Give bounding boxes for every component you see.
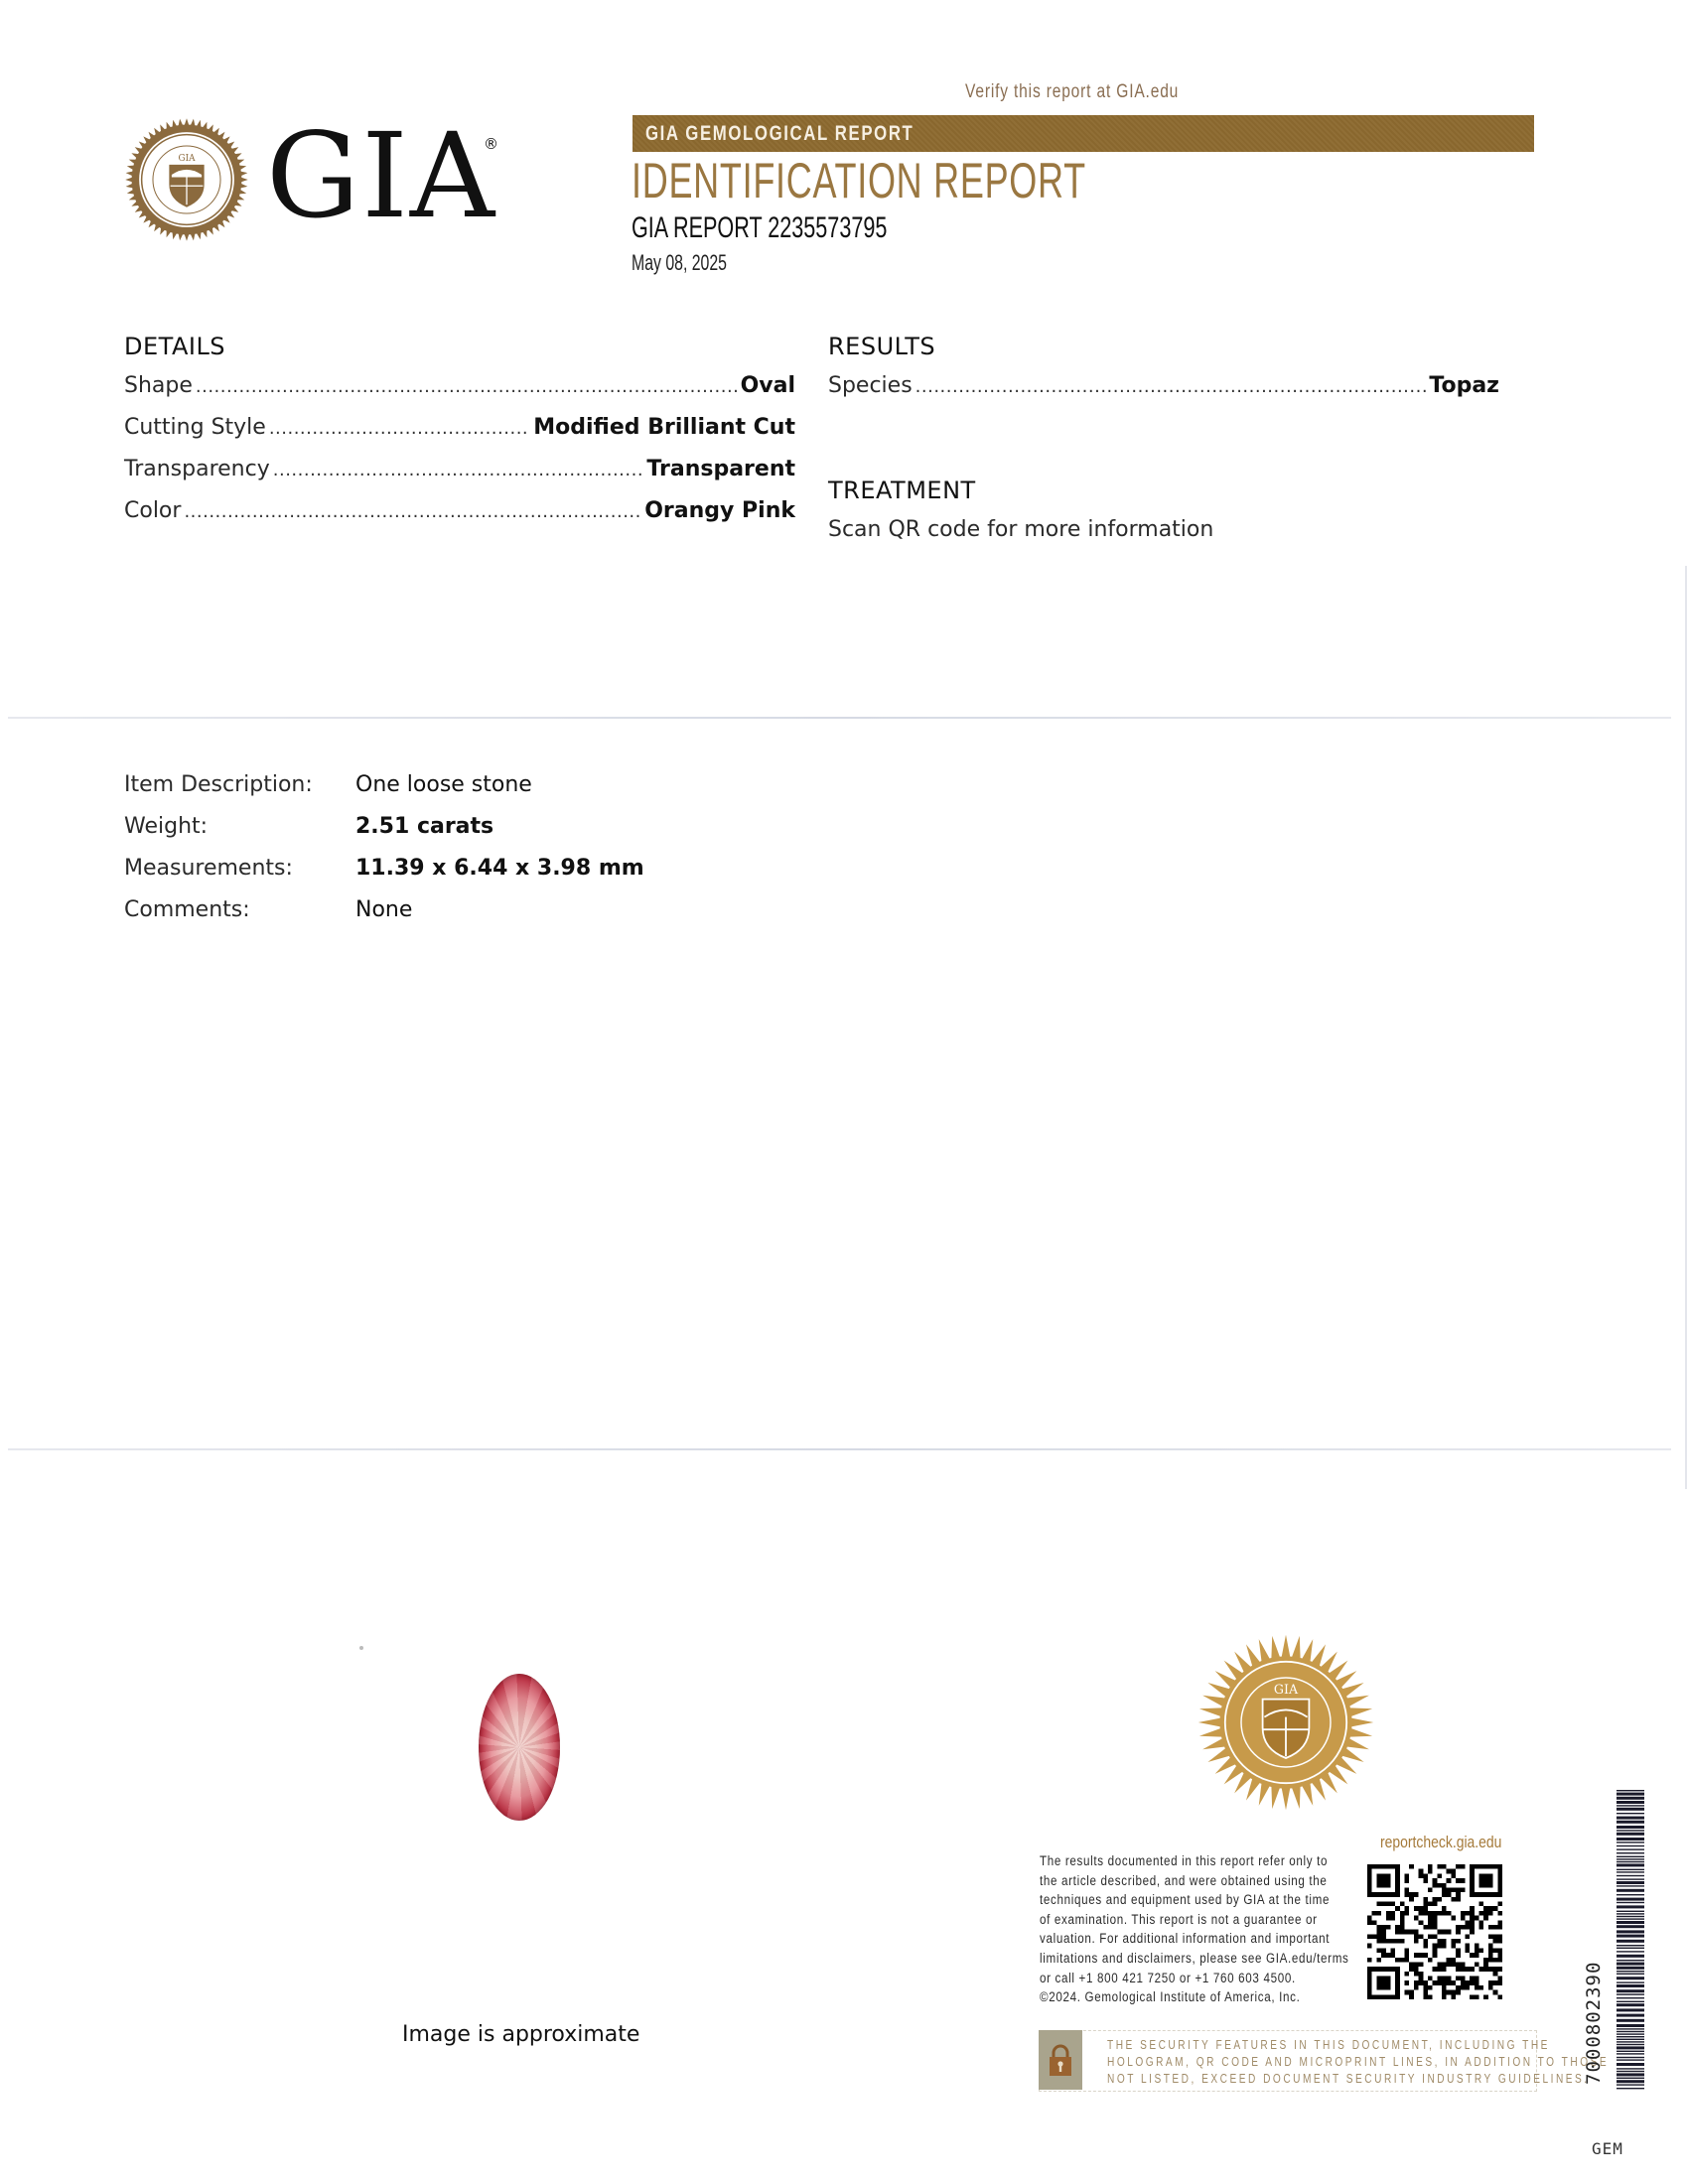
- leader-dots: [273, 460, 644, 480]
- item-value: One loose stone: [355, 772, 532, 797]
- row-value: Transparent: [646, 457, 795, 481]
- gia-seal-icon: GIA: [124, 117, 249, 242]
- disclaimer-text: The results documented in this report re…: [1040, 1852, 1357, 2008]
- disclaimer-line: limitations and disclaimers, please see …: [1040, 1950, 1300, 1970]
- disclaimer-line: or call +1 800 421 7250 or +1 760 603 45…: [1040, 1970, 1300, 1989]
- item-row-weight: Weight: 2.51 carats: [124, 814, 644, 856]
- details-row-transparency: Transparency Transparent: [124, 457, 795, 486]
- security-line: NOT LISTED, EXCEED DOCUMENT SECURITY IND…: [1107, 2070, 1448, 2087]
- treatment-section: TREATMENT Scan QR code for more informat…: [828, 477, 1499, 542]
- row-label: Color: [124, 498, 181, 523]
- treatment-text: Scan QR code for more information: [828, 517, 1499, 542]
- results-section: RESULTS Species Topaz: [828, 333, 1499, 403]
- qr-code-icon[interactable]: [1367, 1859, 1502, 2004]
- results-title: RESULTS: [828, 333, 1499, 360]
- reportcheck-link[interactable]: reportcheck.gia.edu: [1380, 1833, 1501, 1852]
- results-row-species: Species Topaz: [828, 373, 1499, 403]
- disclaimer-line: the article described, and were obtained…: [1040, 1872, 1300, 1892]
- gia-wordmark: GIA: [266, 117, 496, 234]
- divider: [8, 1448, 1671, 1450]
- item-label: Comments:: [124, 897, 355, 922]
- row-label: Species: [828, 373, 913, 398]
- row-value: Topaz: [1429, 373, 1499, 398]
- item-value: 11.39 x 6.44 x 3.98 mm: [355, 856, 644, 881]
- item-row-description: Item Description: One loose stone: [124, 772, 644, 814]
- item-label: Weight:: [124, 814, 355, 839]
- row-label: Shape: [124, 373, 193, 398]
- item-label: Item Description:: [124, 772, 355, 797]
- details-row-shape: Shape Oval: [124, 373, 795, 403]
- report-band-label: GIA GEMOLOGICAL REPORT: [645, 122, 914, 146]
- security-line: HOLOGRAM, QR CODE AND MICROPRINT LINES, …: [1107, 2053, 1448, 2070]
- disclaimer-line: ©2024. Gemological Institute of America,…: [1040, 1988, 1300, 2008]
- lock-icon: [1048, 2043, 1073, 2077]
- row-label: Transparency: [124, 457, 270, 481]
- barcode-icon: [1617, 1790, 1644, 2090]
- registered-mark: ®: [484, 135, 498, 153]
- item-row-comments: Comments: None: [124, 897, 644, 939]
- item-value: 2.51 carats: [355, 814, 493, 839]
- leader-dots: [915, 376, 1427, 397]
- treatment-title: TREATMENT: [828, 477, 1499, 504]
- gold-seal-icon: GIA: [1196, 1633, 1375, 1812]
- security-line: THE SECURITY FEATURES IN THIS DOCUMENT, …: [1107, 2036, 1448, 2053]
- security-text: THE SECURITY FEATURES IN THIS DOCUMENT, …: [1107, 2036, 1544, 2087]
- row-label: Cutting Style: [124, 415, 266, 440]
- disclaimer-line: of examination. This report is not a gua…: [1040, 1911, 1300, 1931]
- scan-speck: [359, 1646, 363, 1650]
- item-info-section: Item Description: One loose stone Weight…: [124, 772, 644, 939]
- item-row-measurements: Measurements: 11.39 x 6.44 x 3.98 mm: [124, 856, 644, 897]
- details-section: DETAILS Shape Oval Cutting Style Modifie…: [124, 333, 795, 540]
- item-value: None: [355, 897, 412, 922]
- page-edge-line: [1685, 566, 1687, 1489]
- barcode-number: 7000802390: [1583, 1962, 1605, 2085]
- verify-link[interactable]: Verify this report at GIA.edu: [965, 81, 1179, 103]
- leader-dots: [184, 501, 641, 522]
- divider: [8, 717, 1671, 719]
- leader-dots: [196, 376, 738, 397]
- row-value: Oval: [741, 373, 795, 398]
- details-title: DETAILS: [124, 333, 795, 360]
- disclaimer-line: techniques and equipment used by GIA at …: [1040, 1891, 1300, 1911]
- report-date: May 08, 2025: [632, 250, 727, 276]
- svg-text:GIA: GIA: [179, 154, 197, 164]
- details-row-cutting-style: Cutting Style Modified Brilliant Cut: [124, 415, 795, 445]
- item-label: Measurements:: [124, 856, 355, 881]
- gem-code: GEM: [1592, 2139, 1623, 2158]
- image-caption: Image is approximate: [402, 2022, 639, 2047]
- disclaimer-line: The results documented in this report re…: [1040, 1852, 1300, 1872]
- leader-dots: [269, 418, 530, 439]
- report-number: GIA REPORT 2235573795: [632, 211, 887, 245]
- row-value: Orangy Pink: [644, 498, 795, 523]
- gemstone-facets: [479, 1674, 560, 1821]
- details-row-color: Color Orangy Pink: [124, 498, 795, 528]
- report-type-title: IDENTIFICATION REPORT: [632, 152, 1086, 209]
- row-value: Modified Brilliant Cut: [533, 415, 795, 440]
- svg-text:GIA: GIA: [1274, 1682, 1299, 1697]
- disclaimer-line: valuation. For additional information an…: [1040, 1930, 1300, 1950]
